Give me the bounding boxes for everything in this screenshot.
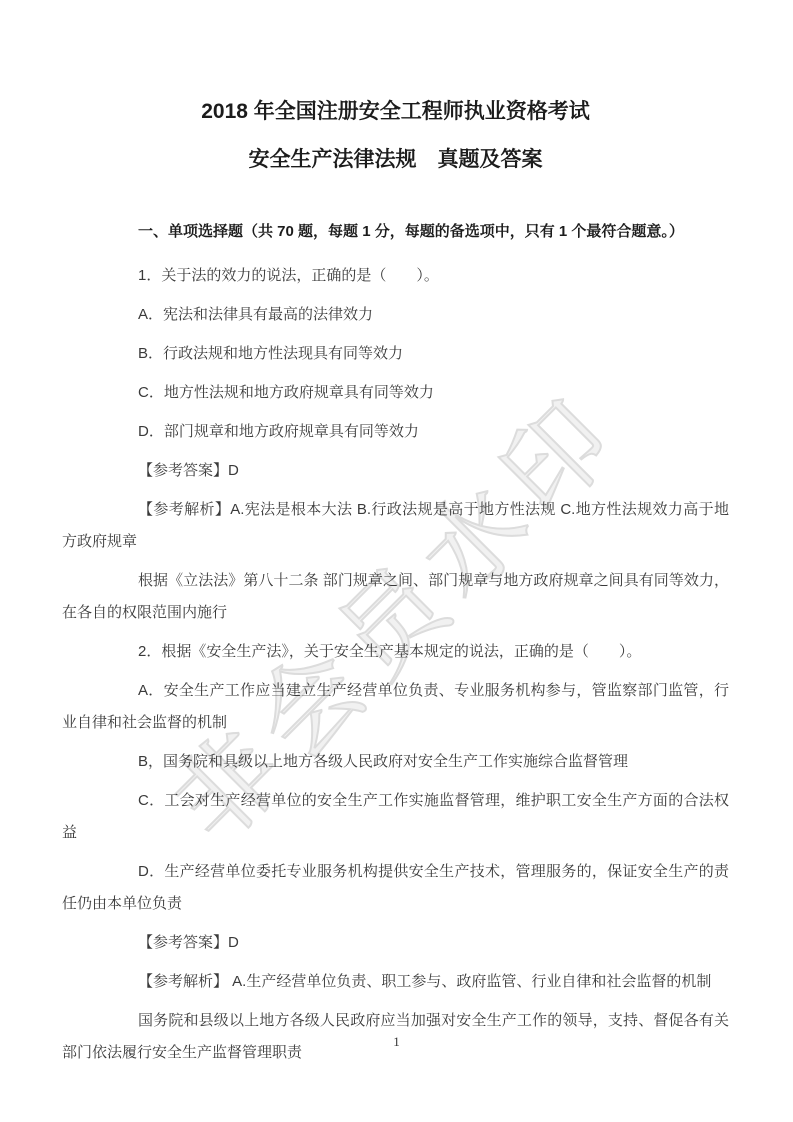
question-1-option-c: C．地方性法规和地方政府规章具有同等效力	[62, 377, 729, 409]
question-2-option-b: B，国务院和具级以上地方各级人民政府对安全生产工作实施综合监督管理	[62, 746, 729, 778]
question-1-option-d: D．部门规章和地方政府规章具有同等效力	[62, 416, 729, 448]
question-2-option-c: C．工会对生产经营单位的安全生产工作实施监督管理，维护职工安全生产方面的合法权益	[62, 785, 729, 849]
question-2: 2．根据《安全生产法》，关于安全生产基本规定的说法，正确的是（ ）。	[62, 636, 729, 668]
question-1-answer: 【参考答案】D	[62, 455, 729, 487]
question-2-answer: 【参考答案】D	[62, 927, 729, 959]
document-title-line-1: 2018 年全国注册安全工程师执业资格考试	[62, 88, 729, 136]
question-1: 1．关于法的效力的说法，正确的是（ ）。	[62, 260, 729, 292]
document-page: 非会员水印 2018 年全国注册安全工程师执业资格考试 安全生产法律法规 真题及…	[0, 0, 793, 1122]
question-1-option-a: A．宪法和法律具有最高的法律效力	[62, 299, 729, 331]
document-title-line-2: 安全生产法律法规 真题及答案	[62, 136, 729, 184]
question-1-analysis: 【参考解析】A.宪法是根本大法 B.行政法规是高于地方性法规 C.地方性法规效力…	[62, 494, 729, 558]
question-2-option-d: D．生产经营单位委托专业服务机构提供安全生产技术，管理服务的，保证安全生产的责任…	[62, 856, 729, 920]
question-1-analysis-note: 根据《立法法》第八十二条 部门规章之间、部门规章与地方政府规章之间具有同等效力，…	[62, 565, 729, 629]
question-2-option-a: A．安全生产工作应当建立生产经营单位负责、专业服务机构参与，管监察部门监管，行业…	[62, 675, 729, 739]
section-heading-single-choice: 一、单项选择题（共 70 题，每题 1 分，每题的备选项中，只有 1 个最符合题…	[62, 216, 729, 248]
document-content: 2018 年全国注册安全工程师执业资格考试 安全生产法律法规 真题及答案 一、单…	[62, 88, 729, 1076]
page-number: 1	[0, 1034, 793, 1050]
question-1-option-b: B．行政法规和地方性法现具有同等效力	[62, 338, 729, 370]
question-2-analysis: 【参考解析】 A.生产经营单位负责、职工参与、政府监管、行业自律和社会监督的机制	[62, 966, 729, 998]
